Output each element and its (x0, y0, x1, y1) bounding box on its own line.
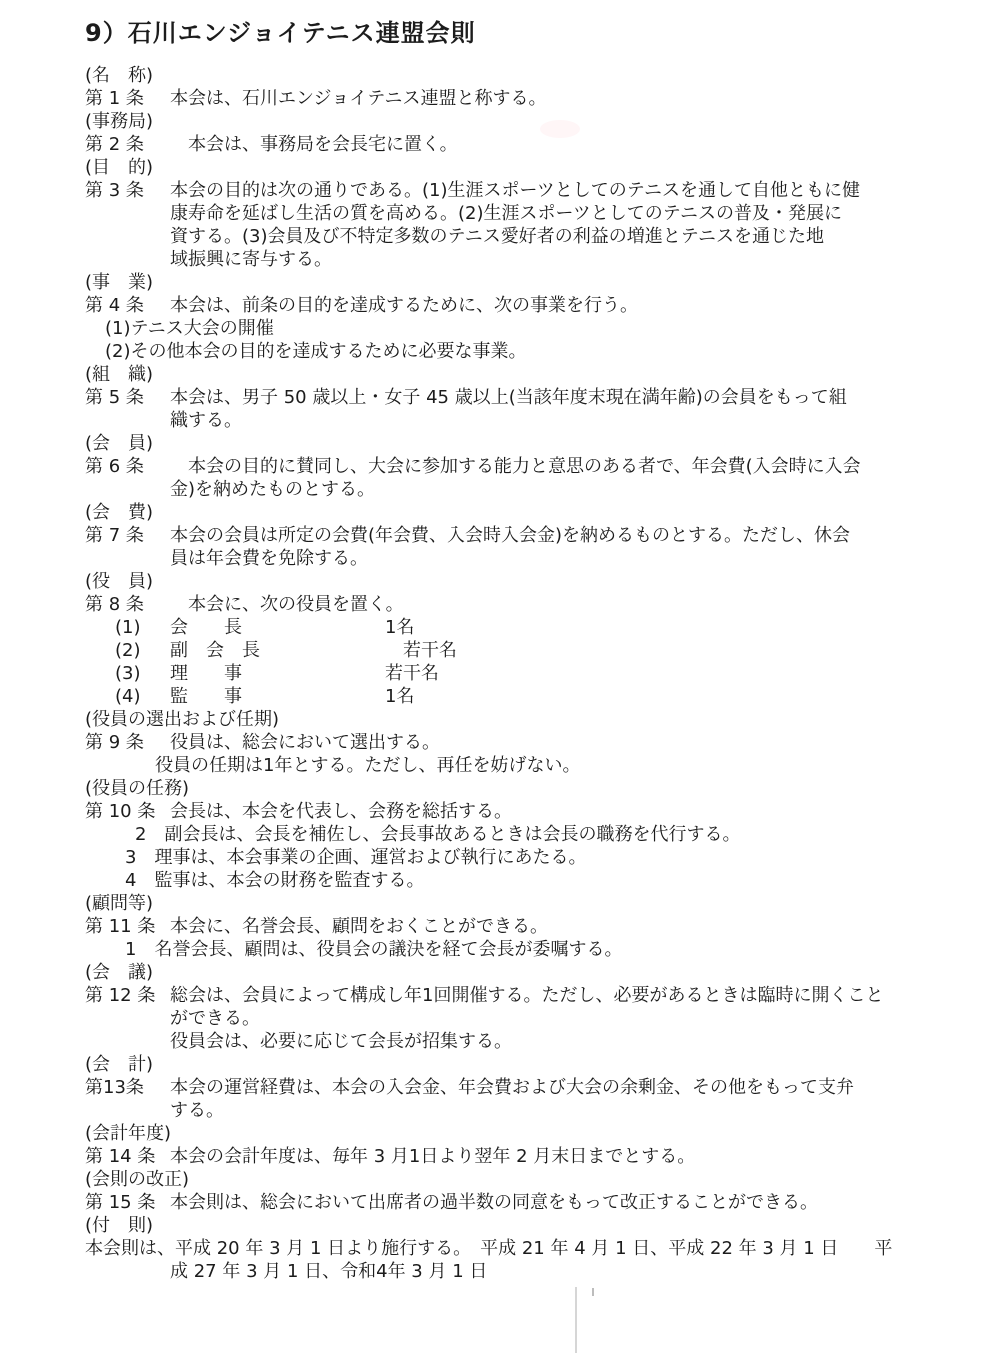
sub-clause: 2 副会長は、会長を補佐し、会長事故あるときは会長の職務を代行する。 (85, 823, 957, 846)
article-line: 第 9 条役員は、総会において選出する。 (85, 731, 957, 754)
article-line: 第 11 条本会に、名誉会長、顧問をおくことができる。 (85, 915, 957, 938)
continuation-line: 役員の任期は1年とする。ただし、再任を妨げない。 (85, 754, 957, 777)
article-number: 第 2 条 (85, 133, 170, 156)
article-line: 第 8 条 本会に、次の役員を置く。 (85, 593, 957, 616)
article-text: 本会は、事務局を会長宅に置く。 (170, 133, 458, 156)
continuation-line: 域振興に寄与する。 (85, 248, 957, 271)
article-number: 第 5 条 (85, 386, 170, 409)
section-heading: (事務局) (85, 110, 957, 133)
officer-count: 1名 (385, 685, 414, 708)
continuation-line: 織する。 (85, 409, 957, 432)
section-heading: (組 織) (85, 363, 957, 386)
article-text: 会長は、本会を代表し、会務を総括する。 (170, 800, 512, 823)
continuation-line: 役員会は、必要に応じて会長が招集する。 (85, 1030, 957, 1053)
article-line: 第 5 条本会は、男子 50 歳以上・女子 45 歳以上(当該年度末現在満年齢)… (85, 386, 957, 409)
sub-clause: 1 名誉会長、顧問は、役員会の議決を経て会長が委嘱する。 (85, 938, 957, 961)
officer-number: (2) (115, 639, 170, 662)
section-heading: (役員の任務) (85, 777, 957, 800)
scan-line-artifact (575, 1287, 577, 1353)
article-number: 第 3 条 (85, 179, 170, 202)
article-text: 本会則は、総会において出席者の過半数の同意をもって改正することができる。 (170, 1191, 818, 1214)
article-number: 第 1 条 (85, 87, 170, 110)
officer-row: (4)監 事1名 (85, 685, 957, 708)
article-number: 第 12 条 (85, 984, 170, 1007)
article-text: 本会の目的は次の通りである。(1)生涯スポーツとしてのテニスを通して自他ともに健 (170, 179, 860, 202)
article-line: 第 15 条本会則は、総会において出席者の過半数の同意をもって改正することができ… (85, 1191, 957, 1214)
section-heading: (会計年度) (85, 1122, 957, 1145)
continuation-line: する。 (85, 1099, 957, 1122)
officer-title: 副 会 長 (170, 639, 385, 662)
article-line: 第 14 条本会の会計年度は、毎年 3 月1日より翌年 2 月末日までとする。 (85, 1145, 957, 1168)
officer-number: (4) (115, 685, 170, 708)
supplementary-paragraph: 本会則は、平成 20 年 3 月 1 日より施行する。 平成 21 年 4 月 … (85, 1237, 957, 1260)
article-number: 第 8 条 (85, 593, 170, 616)
article-text: 本会の会員は所定の会費(年会費、入会時入会金)を納めるものとする。ただし、休会 (170, 524, 850, 547)
continuation-line: 成 27 年 3 月 1 日、令和4年 3 月 1 日 (85, 1260, 957, 1283)
article-text: 本会は、前条の目的を達成するために、次の事業を行う。 (170, 294, 638, 317)
article-line: 第13条本会の運営経費は、本会の入会金、年会費および大会の余剰金、その他をもって… (85, 1076, 957, 1099)
section-heading: (顧問等) (85, 892, 957, 915)
section-heading: (役 員) (85, 570, 957, 593)
officer-count: 若干名 (385, 662, 439, 685)
sub-clause: 4 監事は、本会の財務を監査する。 (85, 869, 957, 892)
officer-title: 監 事 (170, 685, 385, 708)
document-body: (名 称)第 1 条本会は、石川エンジョイテニス連盟と称する。(事務局)第 2 … (85, 64, 957, 1283)
scanned-document-page: 9）石川エンジョイテニス連盟会則 (名 称)第 1 条本会は、石川エンジョイテニ… (0, 0, 982, 1353)
article-line: 第 3 条本会の目的は次の通りである。(1)生涯スポーツとしてのテニスを通して自… (85, 179, 957, 202)
officer-row: (1)会 長1名 (85, 616, 957, 639)
continuation-line: 資する。(3)会員及び不特定多数のテニス愛好者の利益の増進とテニスを通じた地 (85, 225, 957, 248)
section-heading: (会 員) (85, 432, 957, 455)
article-text: 本会に、名誉会長、顧問をおくことができる。 (170, 915, 548, 938)
officer-title: 理 事 (170, 662, 385, 685)
continuation-line: 康寿命を延ばし生活の質を高める。(2)生涯スポーツとしてのテニスの普及・発展に (85, 202, 957, 225)
article-line: 第 6 条 本会の目的に賛同し、大会に参加する能力と意思のある者で、年会費(入会… (85, 455, 957, 478)
article-text: 本会は、男子 50 歳以上・女子 45 歳以上(当該年度末現在満年齢)の会員をも… (170, 386, 847, 409)
article-number: 第 15 条 (85, 1191, 170, 1214)
continuation-line: 金)を納めたものとする。 (85, 478, 957, 501)
document-title: 9）石川エンジョイテニス連盟会則 (85, 13, 476, 48)
article-number: 第 11 条 (85, 915, 170, 938)
section-heading: (役員の選出および任期) (85, 708, 957, 731)
officer-count: 若干名 (385, 639, 457, 662)
article-number: 第 14 条 (85, 1145, 170, 1168)
article-line: 第 7 条本会の会員は所定の会費(年会費、入会時入会金)を納めるものとする。ただ… (85, 524, 957, 547)
officer-row: (2)副 会 長 若干名 (85, 639, 957, 662)
article-line: 第 4 条本会は、前条の目的を達成するために、次の事業を行う。 (85, 294, 957, 317)
list-item: (2)その他本会の目的を達成するために必要な事業。 (85, 340, 957, 363)
section-heading: (付 則) (85, 1214, 957, 1237)
continuation-line: 員は年会費を免除する。 (85, 547, 957, 570)
section-heading: (会 計) (85, 1053, 957, 1076)
article-line: 第 10 条会長は、本会を代表し、会務を総括する。 (85, 800, 957, 823)
article-line: 第 2 条 本会は、事務局を会長宅に置く。 (85, 133, 957, 156)
article-text: 本会に、次の役員を置く。 (170, 593, 404, 616)
article-text: 本会の運営経費は、本会の入会金、年会費および大会の余剰金、その他をもって支弁 (170, 1076, 854, 1099)
article-number: 第13条 (85, 1076, 170, 1099)
article-text: 本会の会計年度は、毎年 3 月1日より翌年 2 月末日までとする。 (170, 1145, 695, 1168)
article-line: 第 12 条総会は、会員によって構成し年1回開催する。ただし、必要があるときは臨… (85, 984, 957, 1007)
scan-tick-artifact (592, 1288, 594, 1296)
officer-number: (1) (115, 616, 170, 639)
section-heading: (会 費) (85, 501, 957, 524)
section-heading: (目 的) (85, 156, 957, 179)
section-heading: (会 議) (85, 961, 957, 984)
article-text: 本会の目的に賛同し、大会に参加する能力と意思のある者で、年会費(入会時に入会 (170, 455, 861, 478)
scan-smudge-artifact (540, 120, 580, 138)
article-number: 第 4 条 (85, 294, 170, 317)
section-heading: (名 称) (85, 64, 957, 87)
sub-clause: 3 理事は、本会事業の企画、運営および執行にあたる。 (85, 846, 957, 869)
section-heading: (会則の改正) (85, 1168, 957, 1191)
article-number: 第 10 条 (85, 800, 170, 823)
article-text: 総会は、会員によって構成し年1回開催する。ただし、必要があるときは臨時に開くこと (170, 984, 883, 1007)
article-text: 役員は、総会において選出する。 (170, 731, 440, 754)
officer-title: 会 長 (170, 616, 385, 639)
continuation-line: ができる。 (85, 1007, 957, 1030)
list-item: (1)テニス大会の開催 (85, 317, 957, 340)
officer-row: (3)理 事若干名 (85, 662, 957, 685)
article-number: 第 6 条 (85, 455, 170, 478)
article-number: 第 7 条 (85, 524, 170, 547)
article-number: 第 9 条 (85, 731, 170, 754)
officer-count: 1名 (385, 616, 414, 639)
article-text: 本会は、石川エンジョイテニス連盟と称する。 (170, 87, 546, 110)
section-heading: (事 業) (85, 271, 957, 294)
officer-number: (3) (115, 662, 170, 685)
article-line: 第 1 条本会は、石川エンジョイテニス連盟と称する。 (85, 87, 957, 110)
